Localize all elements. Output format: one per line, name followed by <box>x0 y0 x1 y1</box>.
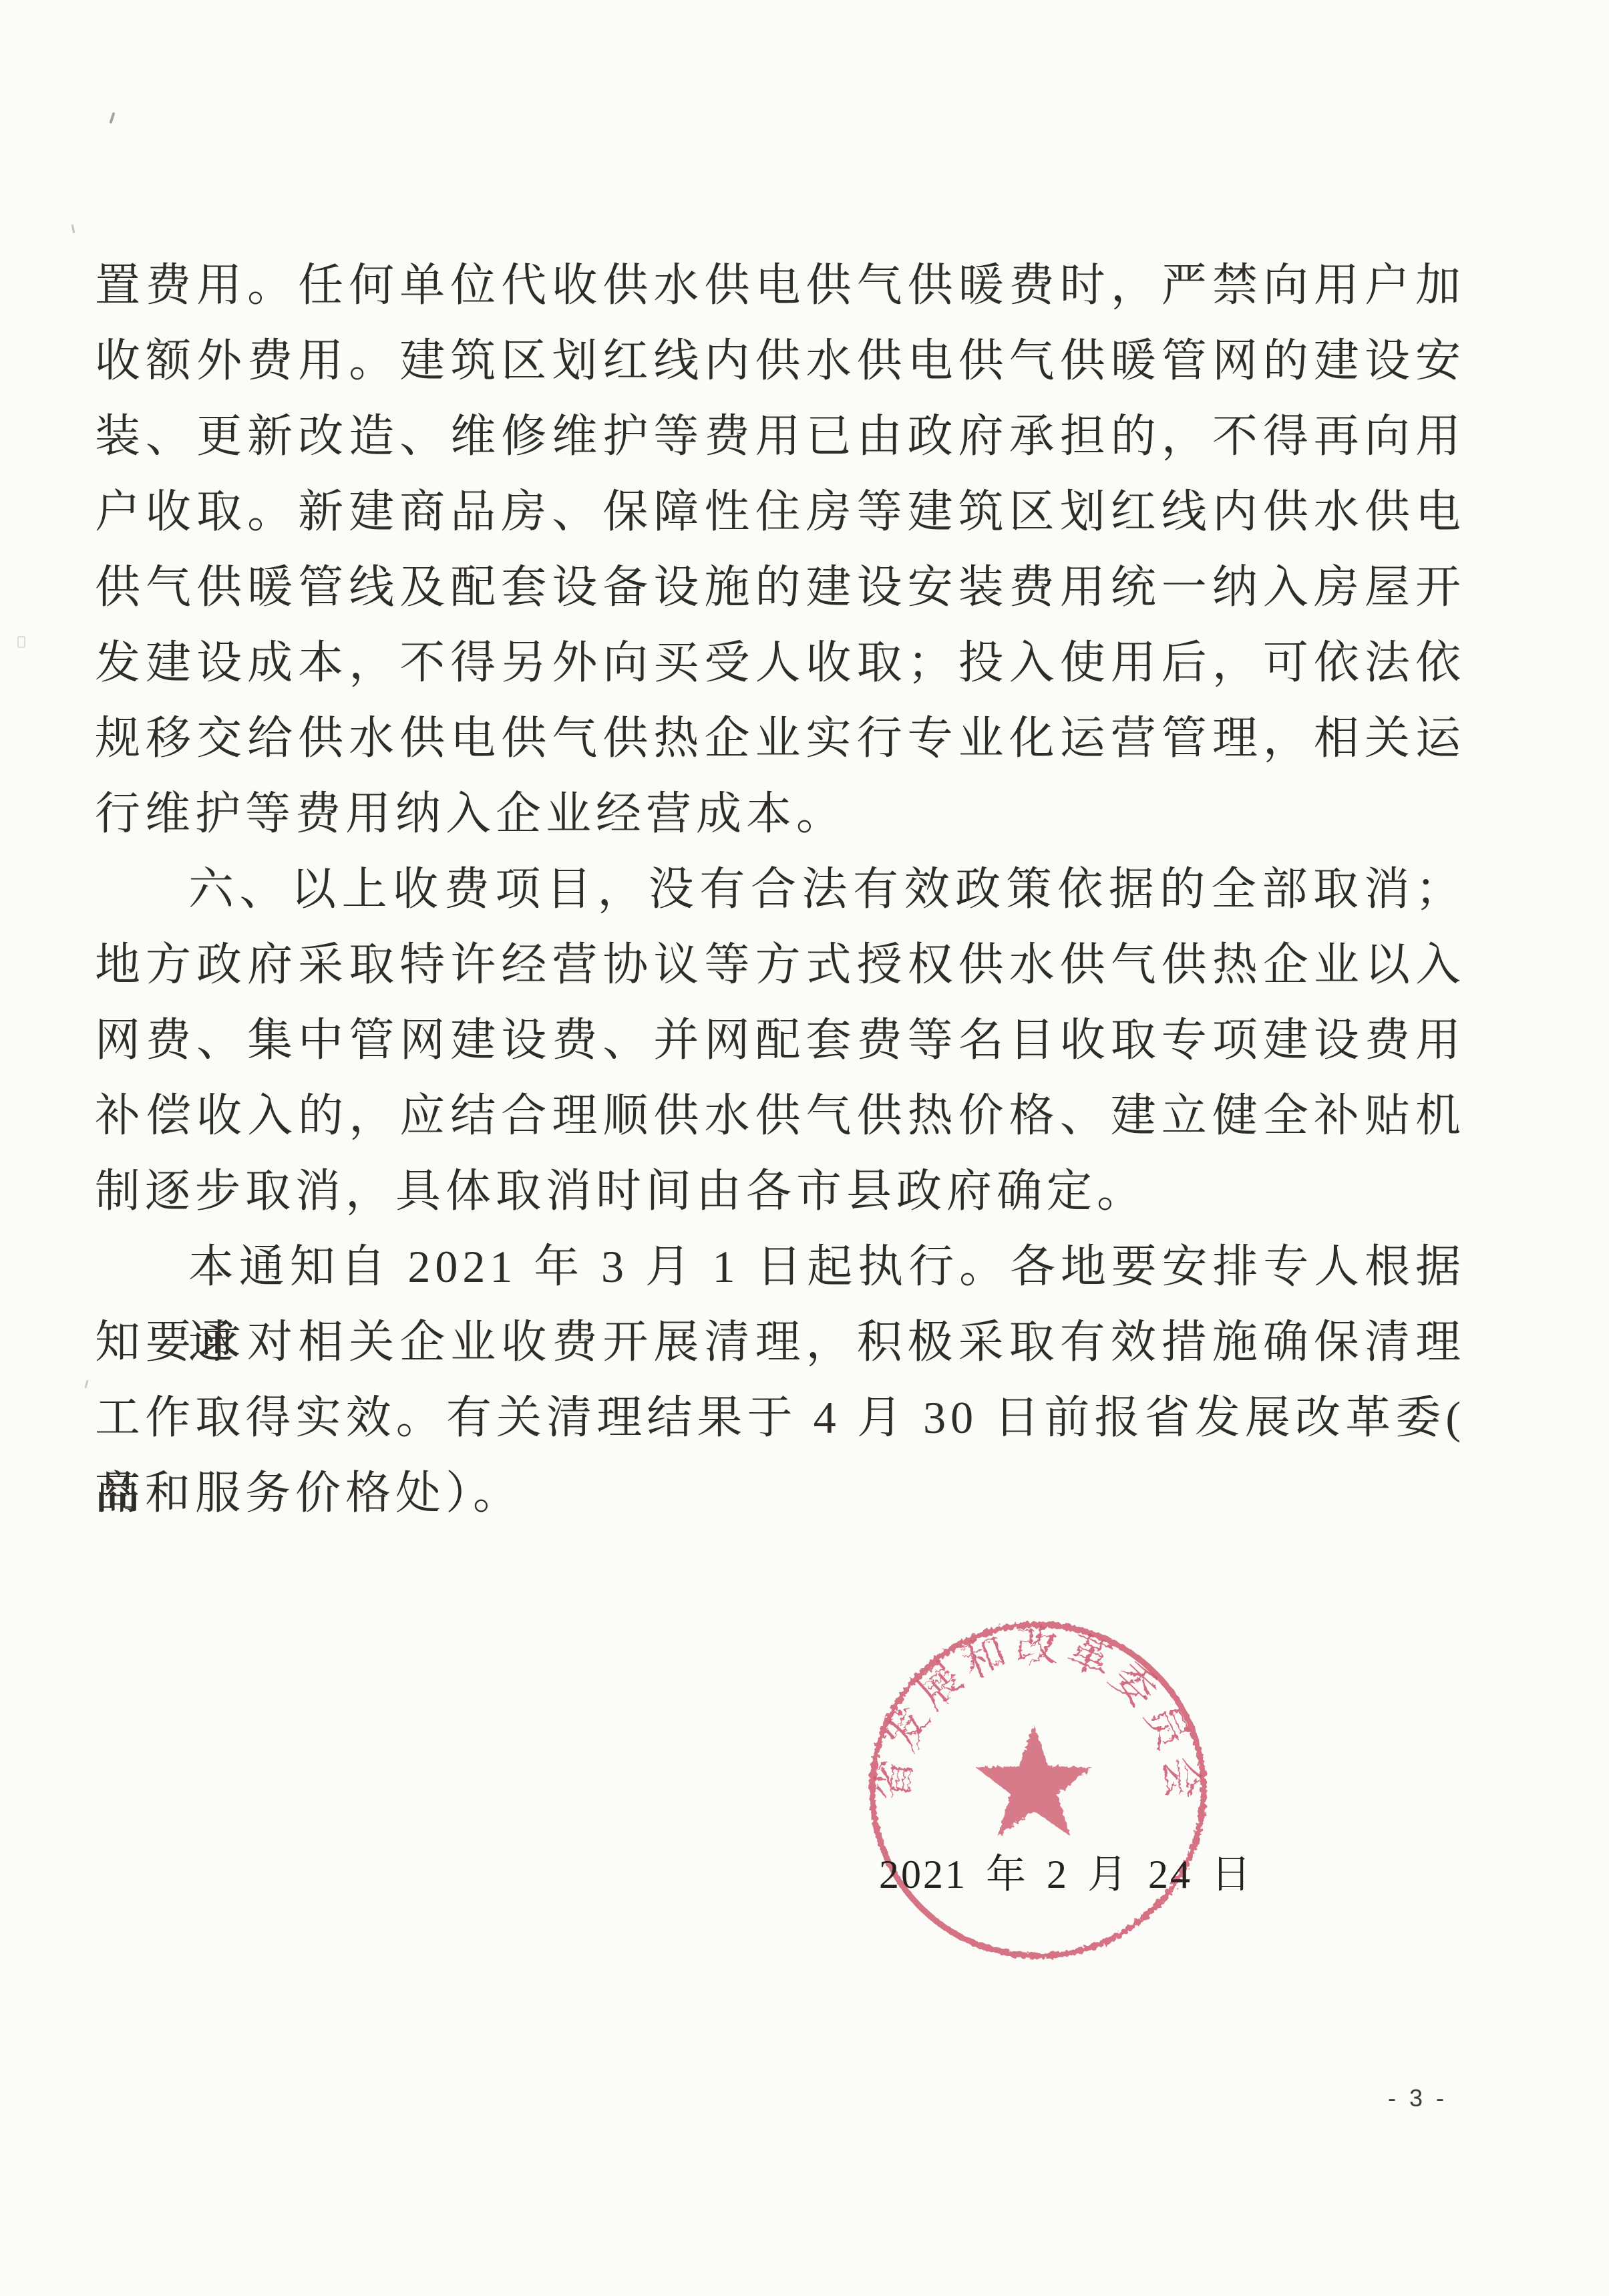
text-line: 网费、集中管网建设费、并网配套费等名目收取专项建设费用 <box>95 1003 1465 1078</box>
text-line: 户收取。新建商品房、保障性住房等建筑区划红线内供水供电 <box>95 474 1465 550</box>
text-line: 品和服务价格处）。 <box>95 1456 1465 1531</box>
text-line: 制逐步取消，具体取消时间由各市县政府确定。 <box>95 1154 1465 1229</box>
text-line: 本通知自 2021 年 3 月 1 日起执行。各地要安排专人根据通 <box>95 1229 1465 1305</box>
page-number: - 3 - <box>1388 2084 1447 2112</box>
official-seal: 省发展和改革委员会 <box>859 1609 1233 1983</box>
text-line: 收额外费用。建筑区划红线内供水供电供气供暖管网的建设安 <box>95 323 1465 399</box>
text-line: 行维护等费用纳入企业经营成本。 <box>95 776 1465 852</box>
text-line: 装、更新改造、维修维护等费用已由政府承担的，不得再向用 <box>95 399 1465 474</box>
body-text: 置费用。任何单位代收供水供电供气供暖费时，严禁向用户加收额外费用。建筑区划红线内… <box>95 248 1465 1531</box>
scan-artifact <box>109 112 115 124</box>
text-line: 地方政府采取特许经营协议等方式授权供水供气供热企业以入 <box>95 927 1465 1003</box>
scan-artifact <box>71 224 75 233</box>
text-line: 置费用。任何单位代收供水供电供气供暖费时，严禁向用户加 <box>95 248 1465 323</box>
document-page: 置费用。任何单位代收供水供电供气供暖费时，严禁向用户加收额外费用。建筑区划红线内… <box>0 0 1609 2296</box>
text-line: 供气供暖管线及配套设备设施的建设安装费用统一纳入房屋开 <box>95 550 1465 625</box>
text-line: 六、以上收费项目，没有合法有效政策依据的全部取消； <box>95 852 1465 927</box>
text-line: 知要求对相关企业收费开展清理，积极采取有效措施确保清理 <box>95 1305 1465 1380</box>
text-line: 规移交给供水供电供气供热企业实行专业化运营管理，相关运 <box>95 701 1465 776</box>
text-line: 发建设成本，不得另外向买受人收取；投入使用后，可依法依 <box>95 625 1465 701</box>
text-line: 工作取得实效。有关清理结果于 4 月 30 日前报省发展改革委( 商 <box>95 1380 1465 1456</box>
date-line: 2021 年 2 月 24 日 <box>879 1842 1253 1900</box>
star-icon <box>976 1725 1093 1836</box>
scan-artifact <box>17 636 25 648</box>
scan-artifact <box>85 1380 89 1388</box>
text-line: 补偿收入的，应结合理顺供水供气供热价格、建立健全补贴机 <box>95 1078 1465 1154</box>
